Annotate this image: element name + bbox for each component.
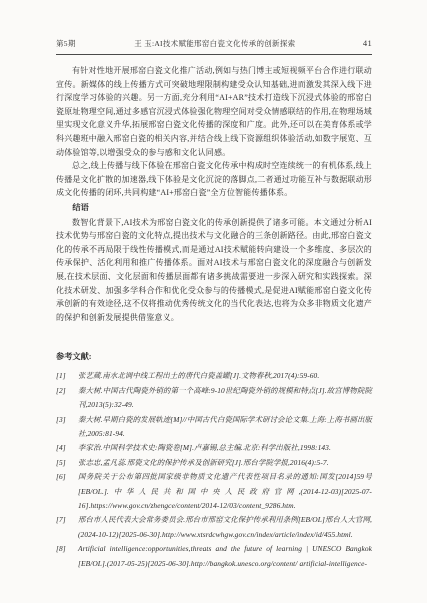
conclusion-paragraph: 数智化背景下,AI技术为邢窑白瓷文化的传承创新提供了诸多可能。本文通过分析AI技…	[56, 216, 372, 325]
reference-item: [2] 秦大树.中国古代陶瓷外销的第一个高峰:9-10世纪陶瓷外销的规模和特点[…	[56, 384, 372, 413]
reference-text: Artificial intelligence:opportunities,th…	[78, 542, 372, 571]
reference-text: 国务院关于公布第四批国家级非物质文化遗产代表性项目名录的通知:国发[2014]5…	[78, 470, 372, 513]
document-page: 第5期 王 玉:AI技术赋能邢窑白瓷文化传承的创新探索 41 有针对性地开展邢窑…	[0, 0, 427, 603]
page-header: 第5期 王 玉:AI技术赋能邢窑白瓷文化传承的创新探索 41	[56, 38, 372, 49]
reference-text: 李家治.中国科学技术史:陶瓷卷[M].卢嘉锡,总主编.北京:科学出版社,1998…	[78, 441, 372, 455]
reference-item: [8] Artificial intelligence:opportunitie…	[56, 542, 372, 571]
page-number: 41	[354, 38, 372, 48]
reference-text: 邢台市人民代表大会常务委员会.邢台市邢窑文化保护传承利用条例[EB/OL]邢台人…	[78, 513, 372, 542]
reference-marker: [6]	[56, 470, 78, 513]
reference-marker: [1]	[56, 369, 78, 383]
reference-text: 秦大树.中国古代陶瓷外销的第一个高峰:9-10世纪陶瓷外销的规模和特点[J].故…	[78, 384, 372, 413]
references-list: [1] 张艺蒇.南水北调中线工程出土的唐代白瓷盖罐[J].文物春秋,2017(4…	[56, 369, 372, 571]
reference-marker: [2]	[56, 384, 78, 413]
reference-marker: [4]	[56, 441, 78, 455]
running-title: 王 玉:AI技术赋能邢窑白瓷文化传承的创新探索	[76, 38, 354, 49]
reference-text: 张艺蒇.南水北调中线工程出土的唐代白瓷盖罐[J].文物春秋,2017(4):59…	[78, 369, 372, 383]
reference-item: [7] 邢台市人民代表大会常务委员会.邢台市邢窑文化保护传承利用条例[EB/OL…	[56, 513, 372, 542]
reference-text: 秦大树.早期白瓷的发展轨迹[M]//中国古代白瓷国际学术研讨会论文集.上海:上海…	[78, 413, 372, 442]
reference-text: 张志忠,孟凡蕊.邢瓷文化的保护传承及创新研究[J].邢台学院学报,2016(4)…	[78, 456, 372, 470]
article-body: 有针对性地开展邢窑白瓷文化推广活动,例如与热门博主或短视频平台合作进行联动宣传。…	[56, 64, 372, 571]
reference-item: [5] 张志忠,孟凡蕊.邢瓷文化的保护传承及创新研究[J].邢台学院学报,201…	[56, 456, 372, 470]
reference-item: [4] 李家治.中国科学技术史:陶瓷卷[M].卢嘉锡,总主编.北京:科学出版社,…	[56, 441, 372, 455]
reference-item: [1] 张艺蒇.南水北调中线工程出土的唐代白瓷盖罐[J].文物春秋,2017(4…	[56, 369, 372, 383]
reference-item: [3] 秦大树.早期白瓷的发展轨迹[M]//中国古代白瓷国际学术研讨会论文集.上…	[56, 413, 372, 442]
journal-issue: 第5期	[56, 38, 76, 49]
body-paragraph: 有针对性地开展邢窑白瓷文化推广活动,例如与热门博主或短视频平台合作进行联动宣传。…	[56, 64, 372, 159]
conclusion-heading: 结语	[56, 201, 372, 215]
references-heading: 参考文献:	[56, 350, 372, 364]
body-paragraphs: 有针对性地开展邢窑白瓷文化推广活动,例如与热门博主或短视频平台合作进行联动宣传。…	[56, 64, 372, 200]
reference-marker: [7]	[56, 513, 78, 542]
reference-marker: [5]	[56, 456, 78, 470]
reference-marker: [3]	[56, 413, 78, 442]
reference-marker: [8]	[56, 542, 78, 571]
reference-item: [6] 国务院关于公布第四批国家级非物质文化遗产代表性项目名录的通知:国发[20…	[56, 470, 372, 513]
header-rule	[56, 54, 372, 55]
body-paragraph: 总之,线上传播与线下体验在邢窑白瓷文化传承中构成时空连续统一的有机体系,线上传播…	[56, 159, 372, 200]
